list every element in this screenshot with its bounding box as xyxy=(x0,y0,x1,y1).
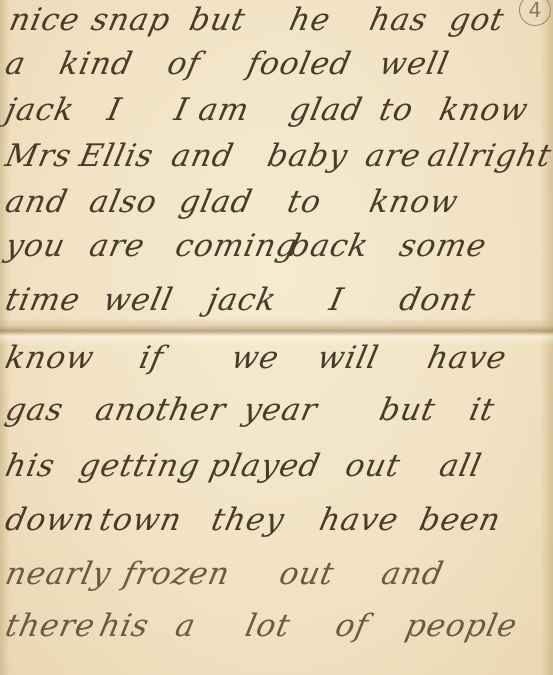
word: we xyxy=(228,340,283,376)
word: year xyxy=(240,392,321,428)
word: allright xyxy=(424,138,553,174)
word: been xyxy=(416,502,504,538)
word: it xyxy=(466,392,498,428)
word: are xyxy=(362,138,424,174)
word: back xyxy=(286,228,372,264)
word: if xyxy=(136,340,167,376)
word: lot xyxy=(242,608,294,644)
word: they xyxy=(208,502,288,538)
handwritten-line-7: time well jack I dont xyxy=(0,282,553,334)
handwritten-line-8: know if we will have xyxy=(0,340,553,392)
word: know xyxy=(366,184,462,220)
word: some xyxy=(396,228,490,264)
word: and xyxy=(168,138,237,174)
word: well xyxy=(100,282,176,318)
word: have xyxy=(316,502,402,538)
word: has xyxy=(366,2,431,38)
word: coming xyxy=(172,228,301,264)
handwritten-line-2: a kind of fooled well xyxy=(0,46,553,98)
word: he xyxy=(286,2,334,38)
word: of xyxy=(332,608,372,644)
word: Ellis xyxy=(76,138,157,174)
word: town xyxy=(96,502,185,538)
word: frozen xyxy=(120,556,233,592)
handwritten-line-10: his getting played out all xyxy=(0,448,553,500)
handwritten-line-4: Mrs Ellis and baby are allright xyxy=(0,138,553,190)
word: to xyxy=(376,92,417,128)
word: baby xyxy=(264,138,351,174)
word: out xyxy=(276,556,338,592)
word: glad xyxy=(286,92,366,128)
word: fooled xyxy=(244,46,355,82)
word: glad xyxy=(176,184,256,220)
word: know xyxy=(436,92,532,128)
handwritten-line-12: nearly frozen out and xyxy=(0,556,553,608)
word: a xyxy=(2,46,29,82)
word: dont xyxy=(396,282,479,318)
word: but xyxy=(376,392,439,428)
word: got xyxy=(446,2,508,38)
word: down xyxy=(2,502,99,538)
word: his xyxy=(2,448,58,484)
word: will xyxy=(314,340,382,376)
word: are xyxy=(86,228,148,264)
word: you xyxy=(2,228,69,264)
handwritten-line-9: gas another year but it xyxy=(0,392,553,444)
word: jack xyxy=(2,92,78,128)
word: played xyxy=(206,448,324,484)
word: to xyxy=(284,184,325,220)
word: nearly xyxy=(2,556,115,592)
word: jack xyxy=(204,282,280,318)
handwritten-line-11: down town they have been xyxy=(0,502,553,554)
word: getting xyxy=(76,448,203,484)
letter-page: 4 nice snap but he has got a kind of foo… xyxy=(0,0,553,675)
word: snap xyxy=(88,2,174,38)
handwritten-line-3: jack I I am glad to know xyxy=(0,92,553,144)
word: of xyxy=(164,46,204,82)
word: there xyxy=(2,608,99,644)
word: people xyxy=(402,608,521,644)
word: a xyxy=(172,608,199,644)
word: but xyxy=(186,2,249,38)
word: all xyxy=(436,448,485,484)
word: another xyxy=(92,392,229,428)
word: also xyxy=(86,184,161,220)
word: I xyxy=(104,92,125,128)
word: nice xyxy=(6,2,83,38)
word: know xyxy=(2,340,98,376)
word: Mrs xyxy=(2,138,75,174)
word: kind xyxy=(56,46,136,82)
word: his xyxy=(96,608,152,644)
word: I am xyxy=(171,92,253,128)
word: and xyxy=(378,556,447,592)
handwritten-line-13: there his a lot of people xyxy=(0,608,553,660)
word: out xyxy=(342,448,404,484)
word: I xyxy=(326,282,347,318)
word: well xyxy=(376,46,452,82)
handwritten-line-6: you are coming back some xyxy=(0,228,553,280)
word: gas xyxy=(2,392,67,428)
word: time xyxy=(2,282,84,318)
word: and xyxy=(2,184,71,220)
word: have xyxy=(424,340,510,376)
